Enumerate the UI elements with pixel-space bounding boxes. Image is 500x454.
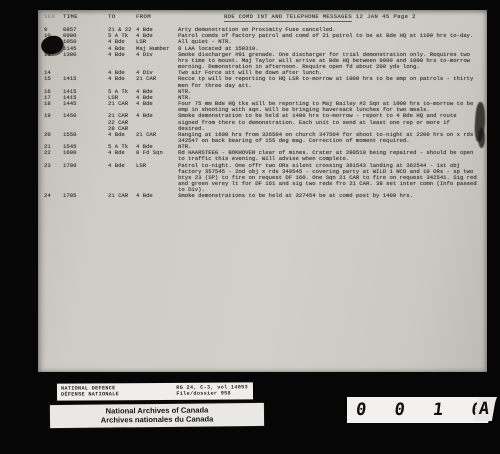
row-serial: 13 — [44, 52, 63, 70]
row-serial: 15 — [44, 76, 63, 88]
row-from: 21 CAR — [136, 76, 178, 88]
title-date: 12 JAN 45 — [356, 13, 390, 20]
archives-banner: National Archives of Canada Archives nat… — [50, 403, 264, 428]
table-header: SER TIME TO FROM BDE COMD INT AND TELEPH… — [38, 14, 487, 20]
document-sheet: SER TIME TO FROM BDE COMD INT AND TELEPH… — [38, 10, 487, 372]
row-time: 1700 — [63, 163, 108, 194]
row-serial: 19 — [44, 113, 63, 131]
row-message: Smoke demonstrations to be held at 32745… — [178, 193, 477, 199]
title-text: BDE COMD INT AND TELEPHONE MESSAGES — [224, 13, 352, 22]
message-table: 9 0857 21 & 22 4 Bde Arty demonstration … — [38, 27, 487, 199]
header-to: TO — [108, 14, 136, 20]
row-to: 4 Bde — [108, 52, 136, 70]
row-serial: 24 — [44, 193, 63, 199]
archives-banner-fr: Archives nationales du Canada — [50, 414, 264, 425]
header-time: TIME — [63, 14, 108, 20]
page-number: Page 2 — [393, 13, 416, 20]
row-message: Recce tp will be reporting to HQ LSR to-… — [178, 76, 477, 88]
row-time: 1300 — [63, 52, 108, 70]
national-defence-stamp: NATIONAL DEFENCE DÉFENSE NATIONALE RG 24… — [57, 382, 253, 400]
row-message: Ranging at 1600 hrs from 326504 on churc… — [178, 132, 477, 144]
header-ser: SER — [44, 14, 63, 20]
row-time: 1600 — [63, 150, 108, 162]
table-row: 15 1415 4 Bde 21 CAR Recce tp will be re… — [38, 76, 487, 88]
row-from: 4 Bde — [136, 113, 178, 131]
table-row: 13 1300 4 Bde 4 Div Smoke discharger #91… — [38, 52, 487, 70]
row-from: 8 Fd Sqn — [136, 150, 178, 162]
row-to: 4 Bde — [108, 76, 136, 88]
scanned-page-photo: SER TIME TO FROM BDE COMD INT AND TELEPH… — [0, 0, 500, 454]
row-from: 4 Div — [136, 52, 178, 70]
header-from: FROM — [136, 14, 178, 20]
table-row: 22 1600 4 Bde 8 Fd Sqn Rd HAARSTEEG - BO… — [38, 150, 487, 162]
row-from: LSR — [136, 163, 178, 194]
row-time: 1450 — [63, 113, 108, 131]
row-to: 4 Bde — [108, 150, 136, 162]
table-row: 24 1705 21 CAR 4 Bde Smoke demonstration… — [38, 193, 487, 199]
table-row: 19 1450 21 CAR 22 CAR 28 CAR 4 Bde Smoke… — [38, 113, 487, 131]
row-time: 1705 — [63, 193, 108, 199]
row-to: 21 CAR 22 CAR 28 CAR — [108, 113, 136, 131]
row-message: Smoke demonstration to be held at 1400 h… — [178, 113, 477, 131]
row-serial: 23 — [44, 163, 63, 194]
archival-reference: RG 24, C-3, vol 14053 File/dossier 958 — [176, 384, 248, 400]
row-serial: 22 — [44, 150, 63, 162]
row-message: Rd HAARSTEEG - BOKHOVEN clear of mines. … — [178, 150, 477, 162]
edge-smudge-small — [478, 128, 485, 148]
row-to: 4 Bde — [108, 163, 136, 194]
row-message: Patrol to-night. One offr two ORs silent… — [178, 163, 477, 194]
table-row: 23 1700 4 Bde LSR Patrol to-night. One o… — [38, 163, 487, 194]
row-time: 1415 — [63, 76, 108, 88]
table-row: 20 1550 4 Bde 21 CAR Ranging at 1600 hrs… — [38, 132, 487, 144]
row-message: Smoke discharger #91 grenade. One discha… — [178, 52, 477, 70]
row-from: 4 Bde — [136, 193, 178, 199]
defence-label: NATIONAL DEFENCE DÉFENSE NATIONALE — [61, 385, 119, 400]
page-title: BDE COMD INT AND TELEPHONE MESSAGES 12 J… — [178, 14, 477, 20]
row-to: 21 CAR — [108, 193, 136, 199]
